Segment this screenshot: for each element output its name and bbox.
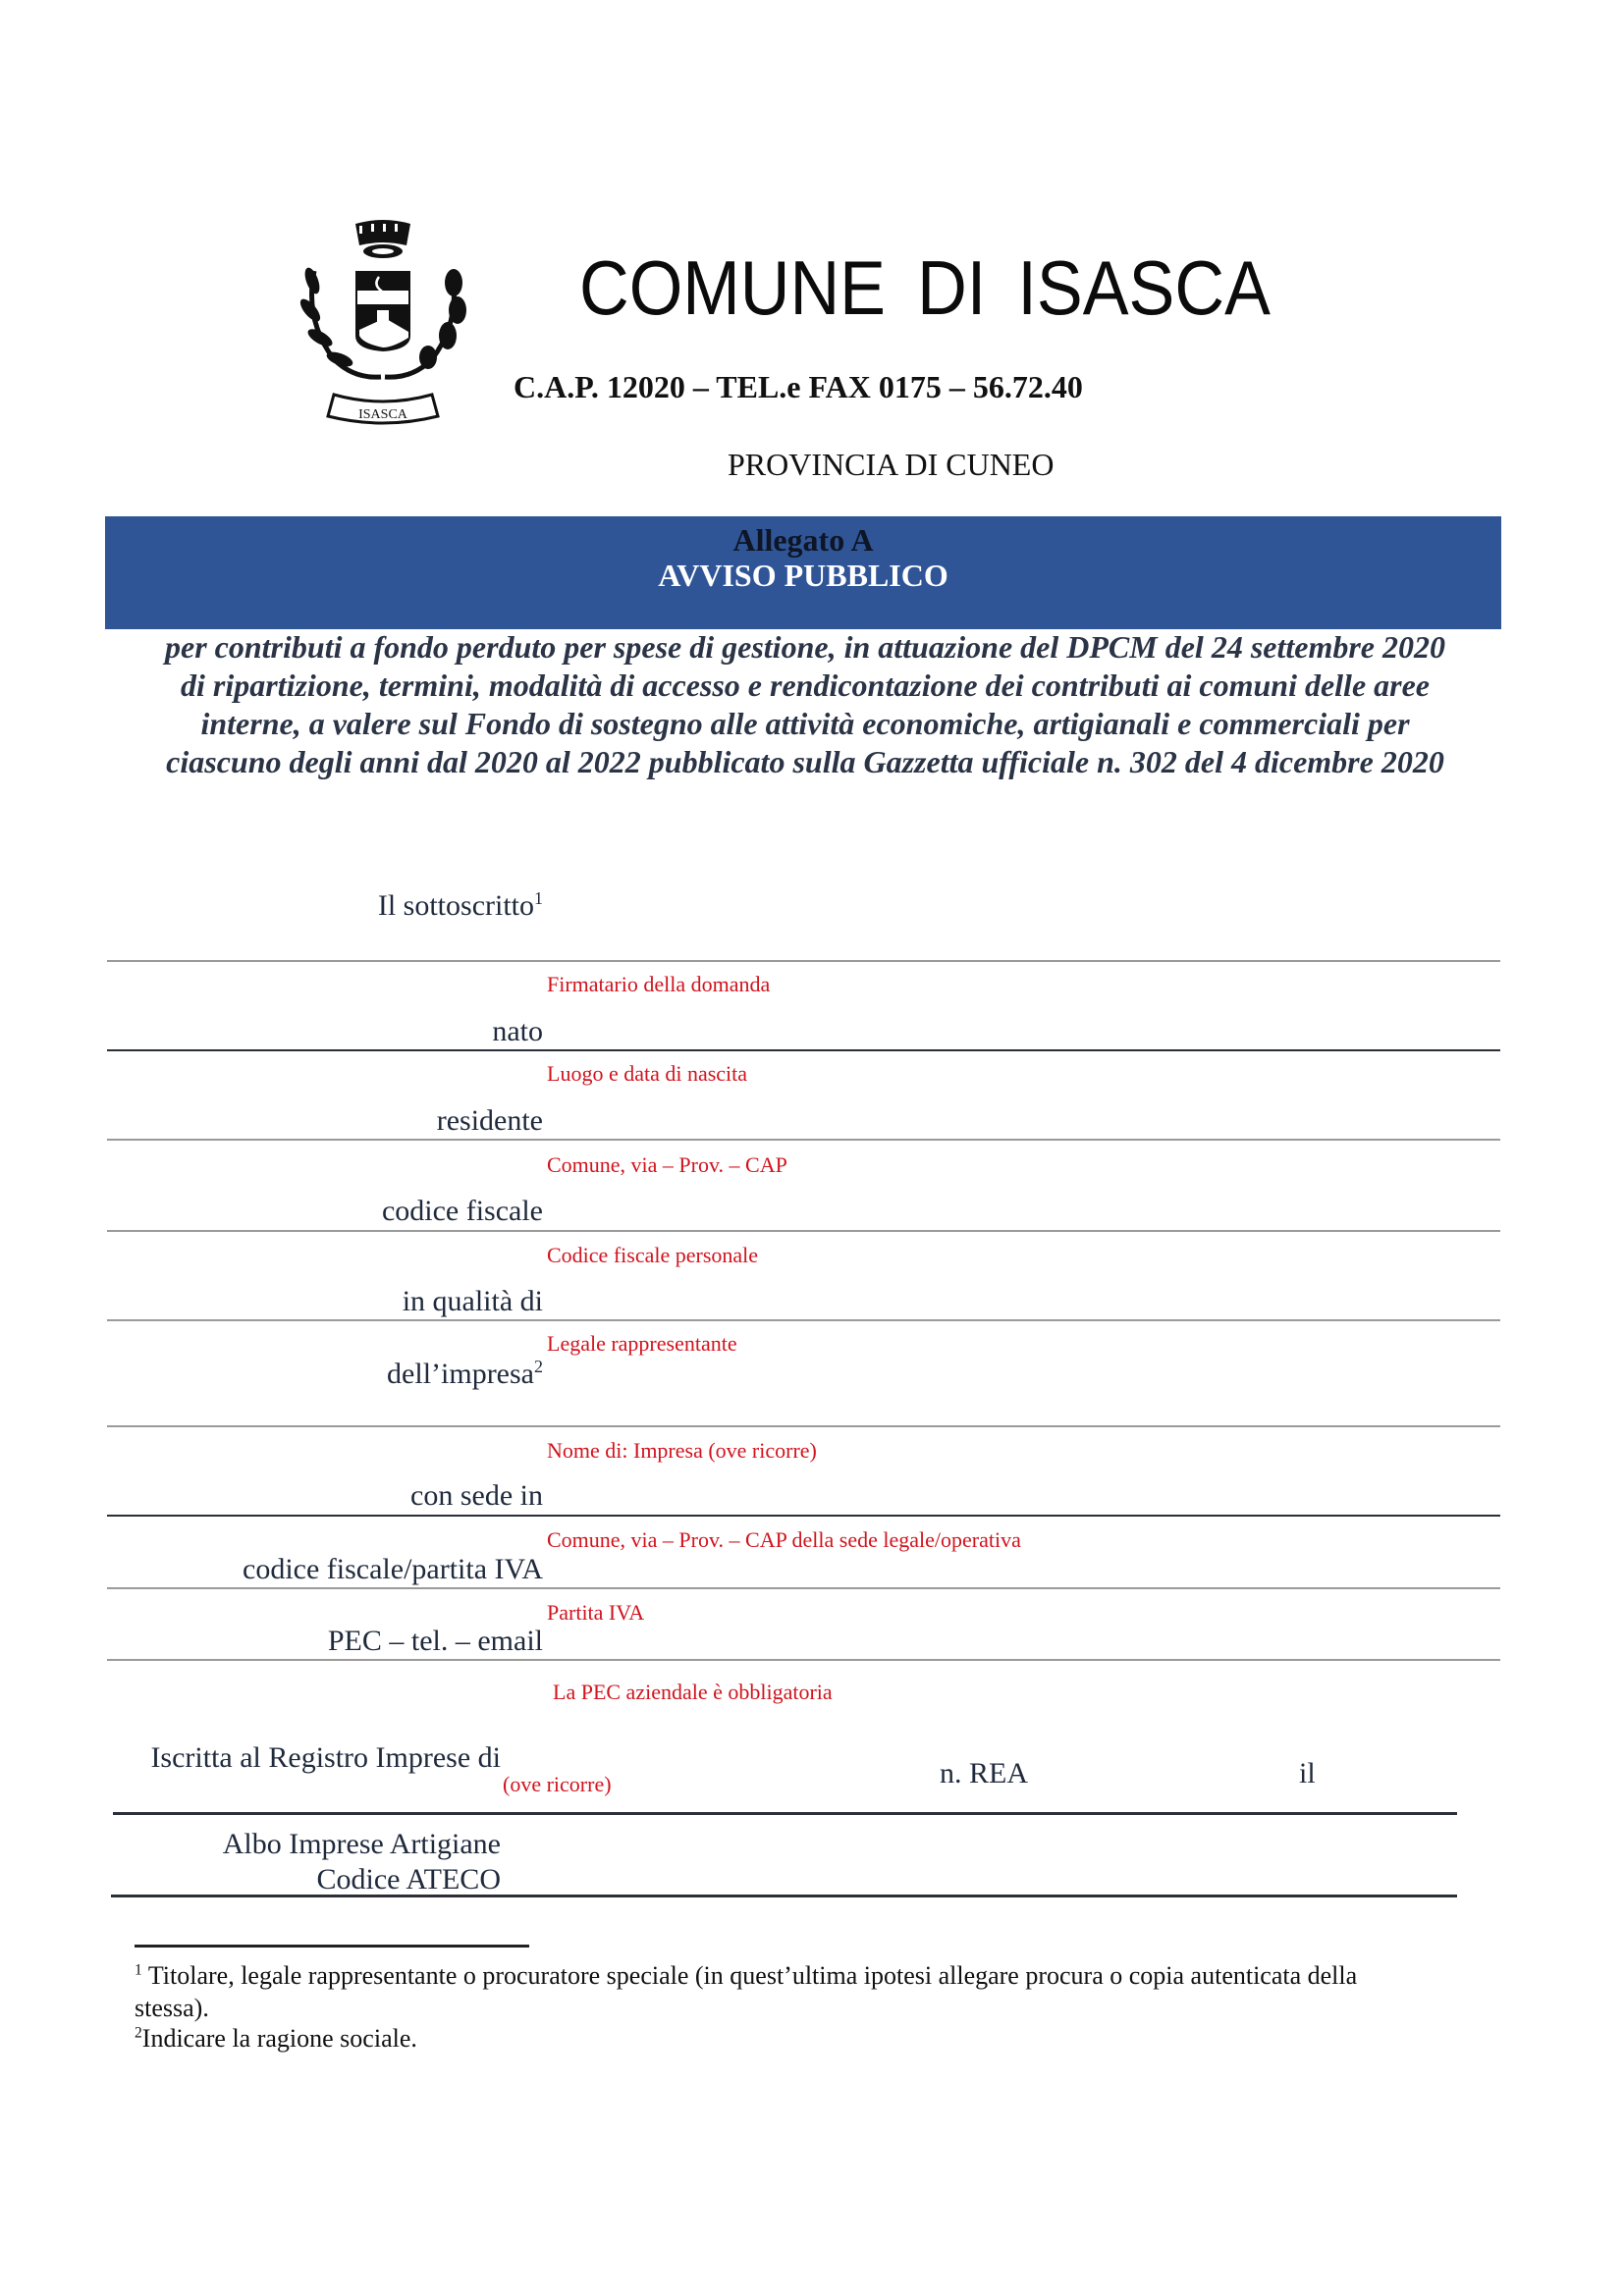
field-hint: La PEC aziendale è obbligatoria [553,1680,833,1705]
field-label: dell’impresa2 [387,1358,543,1391]
field-input[interactable] [547,1589,1499,1659]
registro-underline [113,1812,1457,1815]
footnote-1-continued: stessa). [135,1994,209,2023]
field-input[interactable] [547,1141,1499,1230]
field-input[interactable] [547,1517,1499,1587]
registro-label: Iscritta al Registro Imprese di [150,1741,501,1775]
intro-line: interne, a valere sul Fondo di sostegno … [118,705,1492,743]
albo-ateco-field[interactable] [503,1824,1455,1895]
field-label-text: dell’impresa [387,1358,534,1390]
field-input[interactable] [547,1427,1499,1515]
field-input[interactable] [547,962,1499,1049]
footnote-separator [135,1945,529,1948]
rea-label: n. REA [940,1757,1028,1790]
banner-title: AVVISO PUBBLICO [105,558,1501,594]
field-input[interactable] [547,1321,1499,1425]
field-label: Il sottoscritto1 [378,889,543,923]
svg-text:ISASCA: ISASCA [358,407,408,422]
footnote-1: 1 Titolare, legale rappresentante o proc… [135,1961,1357,1991]
field-input[interactable] [547,1232,1499,1319]
intro-line: ciascuno degli anni dal 2020 al 2022 pub… [118,743,1492,781]
intro-paragraph: per contributi a fondo perduto per spese… [118,628,1492,781]
rea-field[interactable] [1031,1737,1286,1808]
intro-line: di ripartizione, termini, modalità di ac… [118,667,1492,705]
footnote-ref: 2 [534,1357,543,1376]
albo-underline [111,1895,1457,1897]
field-label: codice fiscale/partita IVA [243,1553,543,1586]
field-label: con sede in [410,1479,543,1513]
footnote-ref: 1 [534,888,543,908]
coat-of-arms-icon: ISASCA [295,212,471,428]
banner-subtitle: Allegato A [105,522,1501,559]
notice-banner: Allegato A AVVISO PUBBLICO [105,516,1501,629]
field-label: residente [437,1104,543,1138]
field-input[interactable] [547,1051,1499,1139]
date-field[interactable] [1321,1737,1458,1808]
date-label: il [1299,1757,1316,1790]
field-underline [107,1659,1500,1661]
field-input[interactable] [547,883,1499,960]
field-label: PEC – tel. – email [328,1625,543,1658]
intro-line: per contributi a fondo perduto per spese… [118,628,1492,667]
footnote-2: 2Indicare la ragione sociale. [135,2024,417,2054]
albo-label: Albo Imprese Artigiane [223,1828,501,1861]
field-label-text: Il sottoscritto [378,889,534,922]
registro-field[interactable] [503,1737,895,1808]
contact-info: C.A.P. 12020 – TEL.e FAX 0175 – 56.72.40 [514,369,1083,405]
field-label: nato [492,1015,543,1048]
field-label: in qualità di [403,1285,543,1318]
municipality-title: COMUNE DI ISASCA [579,243,1271,333]
field-label: codice fiscale [382,1195,543,1228]
ateco-label: Codice ATECO [317,1863,502,1896]
province-name: PROVINCIA DI CUNEO [728,447,1054,483]
